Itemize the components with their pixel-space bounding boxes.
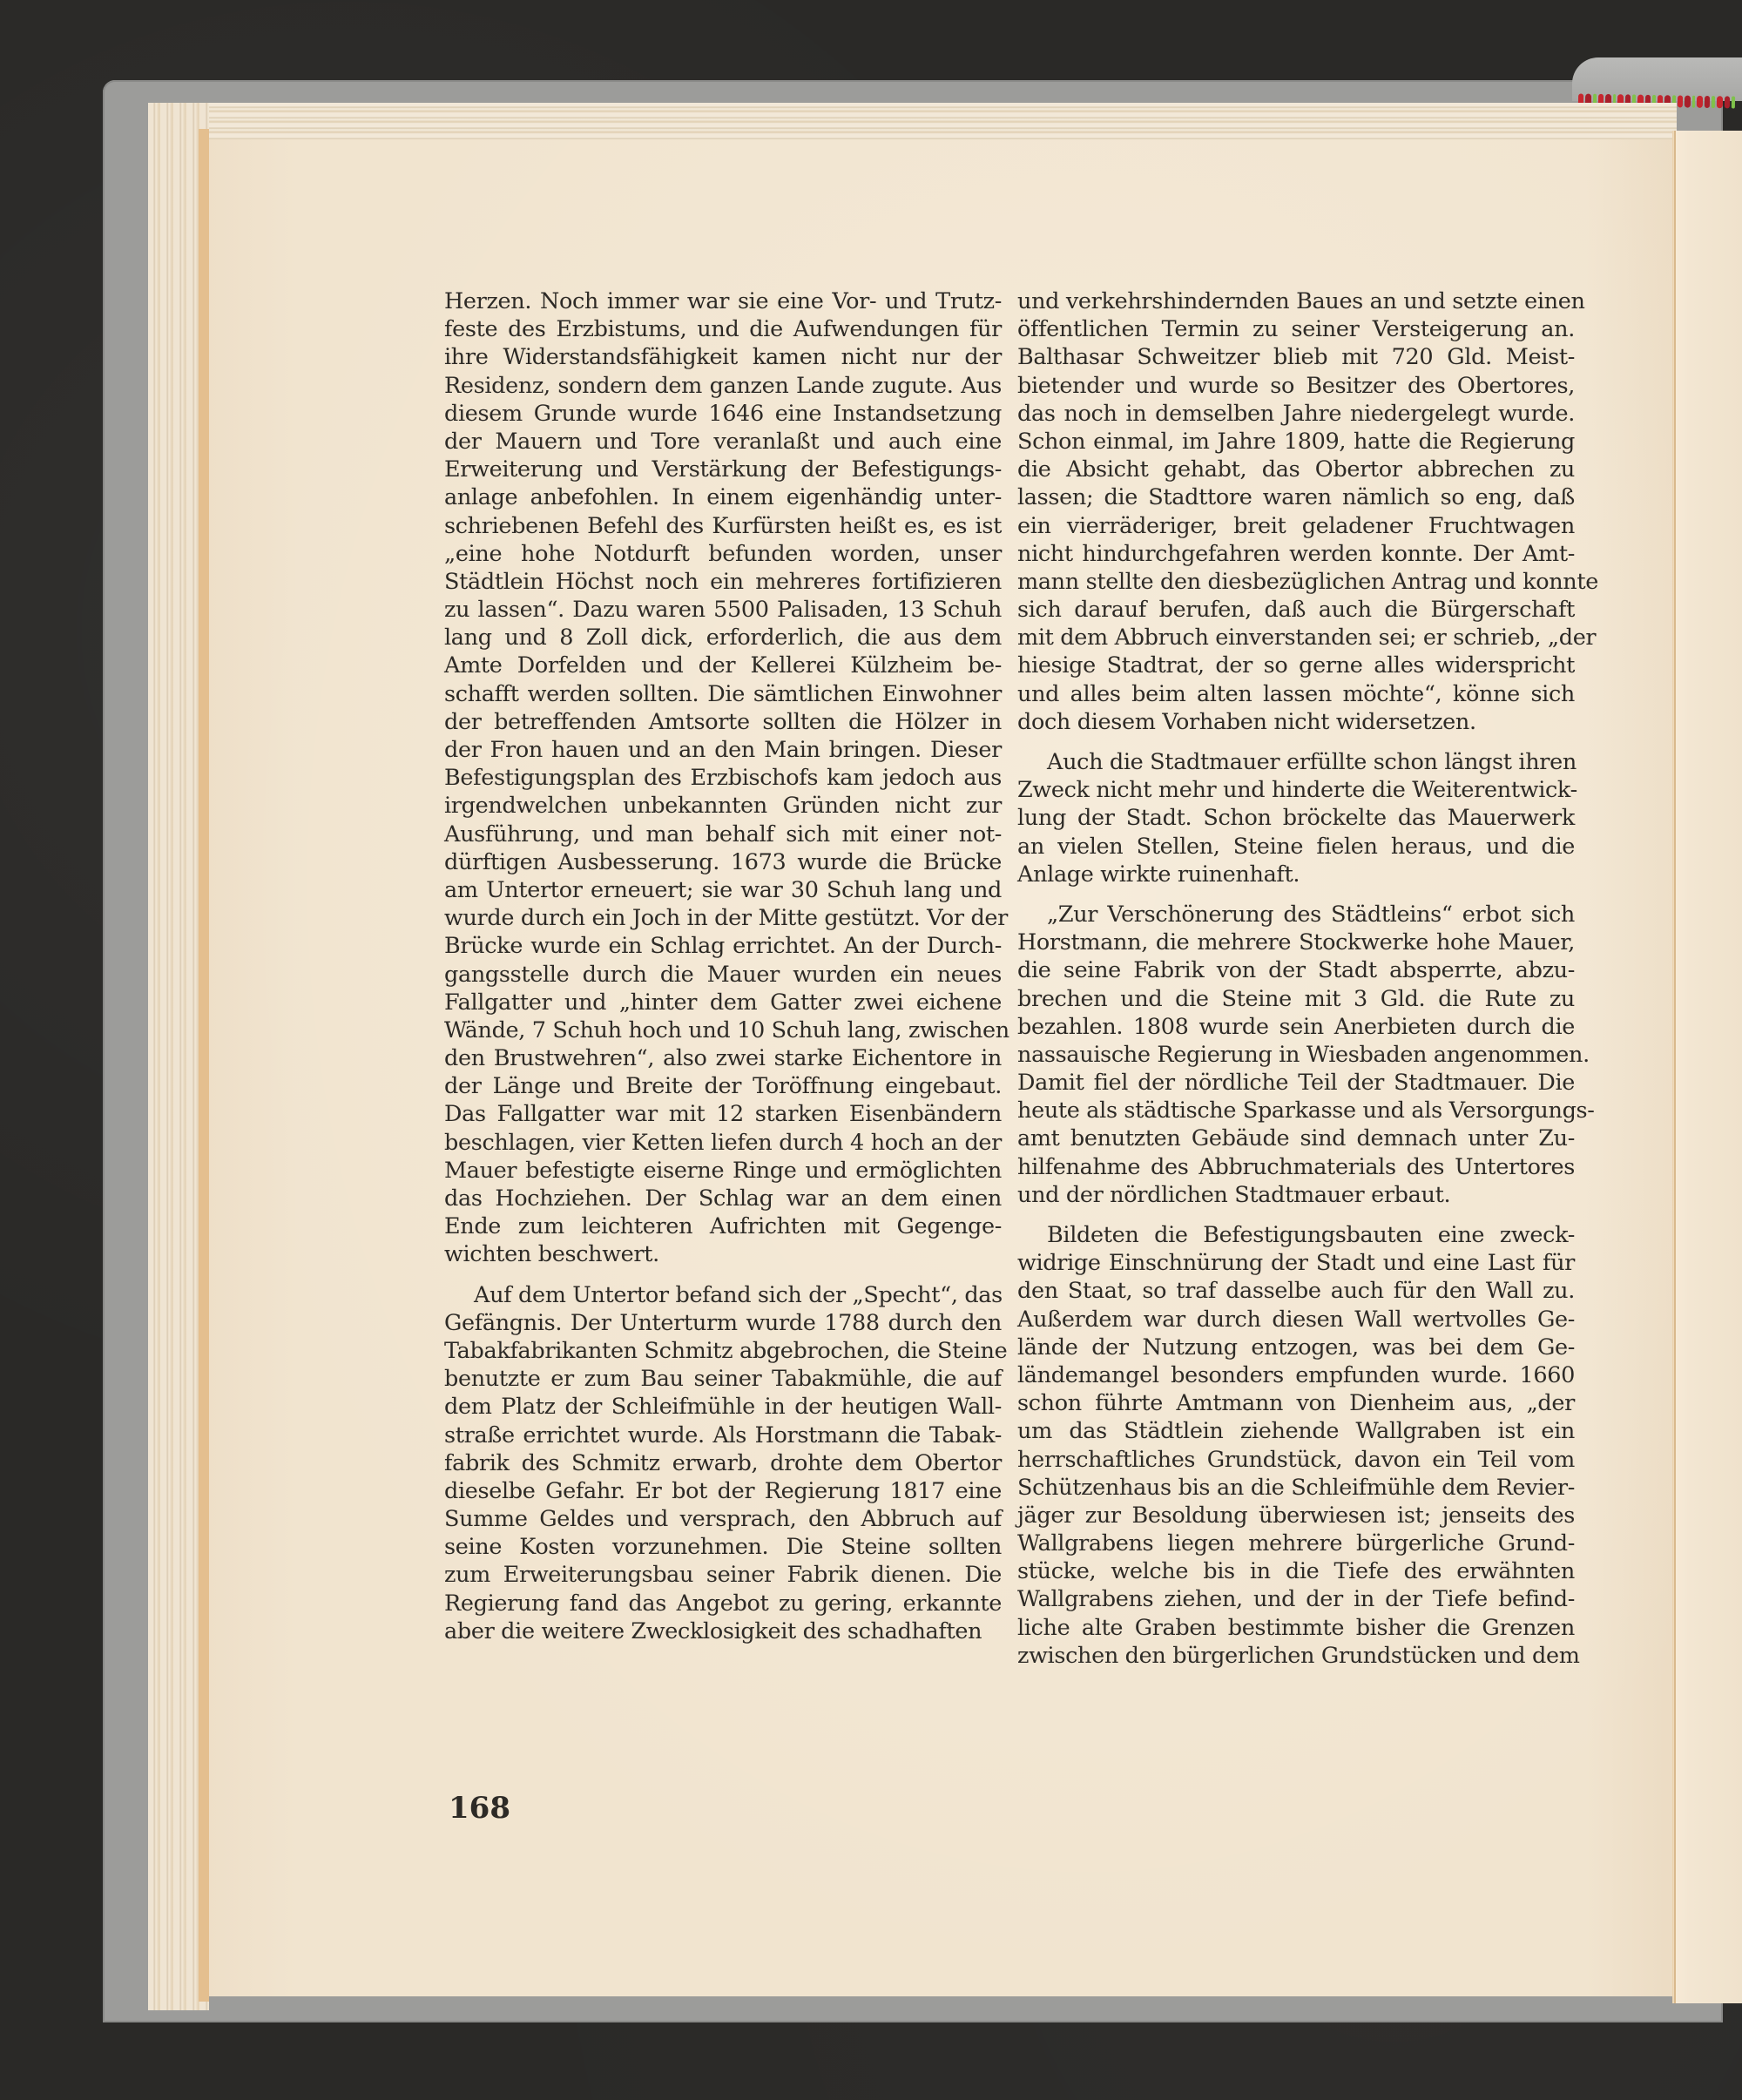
facing-page-gutter: [1672, 131, 1742, 2003]
text-line: Mauer befestigte eiserne Ringe und ermög…: [444, 1157, 1002, 1185]
text-line: hilfenahme des Abbruchmaterials des Unte…: [1017, 1153, 1575, 1181]
text-line: und alles beim alten lassen möchte“, kön…: [1017, 680, 1575, 708]
text-line: Fallgatter und „hinter dem Gatter zwei e…: [444, 989, 1002, 1016]
paragraph-gap: [1017, 736, 1575, 748]
text-line: öffentlichen Termin zu seiner Versteiger…: [1017, 315, 1575, 343]
text-line: Gefängnis. Der Unterturm wurde 1788 durc…: [444, 1309, 1002, 1337]
text-line: an vielen Stellen, Steine fielen heraus,…: [1017, 833, 1575, 861]
text-line: lung der Stadt. Schon bröckelte das Maue…: [1017, 804, 1575, 832]
text-line: jäger zur Besoldung überwiesen ist; jens…: [1017, 1502, 1575, 1529]
paragraph-gap: [1017, 1209, 1575, 1221]
paragraph: „Zur Verschönerung des Städtleins“ erbot…: [1017, 901, 1575, 1209]
text-line: ein vierräderiger, breit geladener Fruch…: [1017, 512, 1575, 540]
text-line: Wände, 7 Schuh hoch und 10 Schuh lang, z…: [444, 1016, 1002, 1044]
text-line: den Staat, so traf dasselbe auch für den…: [1017, 1277, 1575, 1305]
text-line: Wallgrabens ziehen, und der in der Tiefe…: [1017, 1585, 1575, 1613]
paragraph: Auf dem Untertor befand sich der „Specht…: [444, 1281, 1002, 1645]
text-line: zwischen den bürgerlichen Grundstücken u…: [1017, 1642, 1575, 1670]
gutter-fold: [1674, 131, 1676, 2003]
headband-bead: [1685, 96, 1691, 108]
text-line: ihre Widerstandsfähigkeit kamen nicht nu…: [444, 343, 1002, 371]
text-line: den Brustwehren“, also zwei starke Eiche…: [444, 1044, 1002, 1072]
page-edges-top: [152, 103, 1677, 141]
headband-bead: [1717, 96, 1723, 108]
text-line: Residenz, sondern dem ganzen Lande zugut…: [444, 372, 1002, 400]
text-line: straße errichtet wurde. Als Horstmann di…: [444, 1421, 1002, 1449]
text-line: nicht hindurchgefahren werden konnte. De…: [1017, 540, 1575, 568]
text-line: herrschaftliches Grundstück, davon ein T…: [1017, 1446, 1575, 1474]
headband-bead: [1678, 95, 1684, 107]
text-line: seine Kosten vorzunehmen. Die Steine sol…: [444, 1533, 1002, 1561]
text-line: Brücke wurde ein Schlag errichtet. An de…: [444, 932, 1002, 960]
text-line: benutzte er zum Bau seiner Tabakmühle, d…: [444, 1365, 1002, 1393]
text-line: lang und 8 Zoll dick, erforderlich, die …: [444, 624, 1002, 652]
text-line: Herzen. Noch immer war sie eine Vor- und…: [444, 287, 1002, 315]
text-line: Amte Dorfelden und der Kellerei Külzheim…: [444, 652, 1002, 679]
text-line: schafft werden sollten. Die sämtlichen E…: [444, 680, 1002, 708]
headband-bead: [1691, 96, 1695, 108]
text-line: am Untertor erneuert; sie war 30 Schuh l…: [444, 876, 1002, 904]
paragraph-gap: [444, 1269, 1002, 1281]
text-line: ländemangel besonders empfunden wurde. 1…: [1017, 1361, 1575, 1389]
right-text-column: und verkehrshindernden Baues an und setz…: [1017, 287, 1575, 1670]
left-text-column: Herzen. Noch immer war sie eine Vor- und…: [444, 287, 1002, 1645]
text-line: mann stellte den diesbezüglichen Antrag …: [1017, 568, 1575, 596]
text-line: Auch die Stadtmauer erfüllte schon längs…: [1017, 748, 1575, 776]
text-line: fabrik des Schmitz erwarb, drohte dem Ob…: [444, 1449, 1002, 1477]
text-line: der betreffenden Amtsorte sollten die Hö…: [444, 708, 1002, 736]
paragraph: und verkehrshindernden Baues an und setz…: [1017, 287, 1575, 736]
text-line: zum Erweiterungsbau seiner Fabrik dienen…: [444, 1561, 1002, 1589]
text-line: widrige Einschnürung der Stadt und eine …: [1017, 1249, 1575, 1277]
text-line: doch diesem Vorhaben nicht widersetzen.: [1017, 708, 1575, 736]
page-edge-tan-strip: [199, 129, 209, 2002]
text-line: Außerdem war durch diesen Wall wertvolle…: [1017, 1306, 1575, 1334]
text-line: und verkehrshindernden Baues an und setz…: [1017, 287, 1575, 315]
text-line: hiesige Stadtrat, der so gerne alles wid…: [1017, 652, 1575, 679]
text-line: Städtlein Höchst noch ein mehreres forti…: [444, 568, 1002, 596]
paragraph: Herzen. Noch immer war sie eine Vor- und…: [444, 287, 1002, 1269]
paragraph: Auch die Stadtmauer erfüllte schon längs…: [1017, 748, 1575, 888]
text-line: wichten beschwert.: [444, 1240, 1002, 1268]
text-line: bezahlen. 1808 wurde sein Anerbieten dur…: [1017, 1013, 1575, 1041]
text-line: „eine hohe Notdurft befunden worden, uns…: [444, 540, 1002, 568]
text-line: amt benutzten Gebäude sind demnach unter…: [1017, 1124, 1575, 1152]
text-line: mit dem Abbruch einverstanden sei; er sc…: [1017, 624, 1575, 652]
headband-bead: [1705, 96, 1711, 108]
text-line: gangsstelle durch die Mauer wurden ein n…: [444, 961, 1002, 989]
text-line: nassauische Regierung in Wiesbaden angen…: [1017, 1041, 1575, 1069]
text-line: schriebenen Befehl des Kurfürsten heißt …: [444, 512, 1002, 540]
text-line: bietender und wurde so Besitzer des Ober…: [1017, 372, 1575, 400]
headband-bead: [1712, 96, 1715, 108]
text-line: dieselbe Gefahr. Er bot der Regierung 18…: [444, 1477, 1002, 1505]
text-line: dem Platz der Schleifmühle in der heutig…: [444, 1393, 1002, 1421]
text-line: das noch in demselben Jahre niedergelegt…: [1017, 400, 1575, 428]
text-line: lände der Nutzung entzogen, was bei dem …: [1017, 1334, 1575, 1361]
text-line: brechen und die Steine mit 3 Gld. die Ru…: [1017, 985, 1575, 1013]
text-line: heute als städtische Sparkasse und als V…: [1017, 1097, 1575, 1124]
text-line: sich darauf berufen, daß auch die Bürger…: [1017, 596, 1575, 624]
text-line: Schon einmal, im Jahre 1809, hatte die R…: [1017, 428, 1575, 456]
text-line: zu lassen“. Dazu waren 5500 Palisaden, 1…: [444, 596, 1002, 624]
page-edges-left: [148, 103, 209, 2010]
headband-bead: [1724, 96, 1730, 108]
text-line: aber die weitere Zwecklosigkeit des scha…: [444, 1617, 1002, 1645]
text-line: die seine Fabrik von der Stadt absperrte…: [1017, 956, 1575, 984]
text-line: und der nördlichen Stadtmauer erbaut.: [1017, 1181, 1575, 1209]
text-line: um das Städtlein ziehende Wallgraben ist…: [1017, 1417, 1575, 1445]
text-line: diesem Grunde wurde 1646 eine Instandset…: [444, 400, 1002, 428]
text-line: Das Fallgatter war mit 12 starken Eisenb…: [444, 1100, 1002, 1128]
text-line: stücke, welche bis in die Tiefe des erwä…: [1017, 1557, 1575, 1585]
headband-bead: [1732, 97, 1735, 109]
text-line: lassen; die Stadttore waren nämlich so e…: [1017, 483, 1575, 511]
text-line: Wallgrabens liegen mehrere bürgerliche G…: [1017, 1529, 1575, 1557]
text-line: Balthasar Schweitzer blieb mit 720 Gld. …: [1017, 343, 1575, 371]
text-line: der Länge und Breite der Toröffnung eing…: [444, 1072, 1002, 1100]
text-line: Damit fiel der nördliche Teil der Stadtm…: [1017, 1069, 1575, 1097]
text-line: die Absicht gehabt, das Obertor abbreche…: [1017, 456, 1575, 483]
headband-bead: [1697, 96, 1703, 108]
text-line: der Fron hauen und an den Main bringen. …: [444, 736, 1002, 764]
text-line: Befestigungsplan des Erzbischofs kam jed…: [444, 764, 1002, 792]
text-line: schon führte Amtmann von Dienheim aus, „…: [1017, 1389, 1575, 1417]
page-number: 168: [449, 1791, 510, 1826]
text-line: das Hochziehen. Der Schlag war an dem ei…: [444, 1185, 1002, 1212]
text-line: Horstmann, die mehrere Stockwerke hohe M…: [1017, 928, 1575, 956]
text-line: Auf dem Untertor befand sich der „Specht…: [444, 1281, 1002, 1309]
text-line: wurde durch ein Joch in der Mitte gestüt…: [444, 904, 1002, 932]
text-line: dürftigen Ausbesserung. 1673 wurde die B…: [444, 848, 1002, 876]
paragraph: Bildeten die Befestigungsbauten eine zwe…: [1017, 1221, 1575, 1670]
text-line: Bildeten die Befestigungsbauten eine zwe…: [1017, 1221, 1575, 1249]
text-line: beschlagen, vier Ketten liefen durch 4 h…: [444, 1129, 1002, 1157]
text-line: liche alte Graben bestimmte bisher die G…: [1017, 1614, 1575, 1642]
text-line: Schützenhaus bis an die Schleifmühle dem…: [1017, 1474, 1575, 1502]
text-line: Erweiterung und Verstärkung der Befestig…: [444, 456, 1002, 483]
text-line: Summe Geldes und versprach, den Abbruch …: [444, 1505, 1002, 1533]
text-line: anlage anbefohlen. In einem eigenhändig …: [444, 483, 1002, 511]
text-line: der Mauern und Tore veranlaßt und auch e…: [444, 428, 1002, 456]
text-line: Regierung fand das Angebot zu gering, er…: [444, 1590, 1002, 1617]
paragraph-gap: [1017, 888, 1575, 901]
text-line: „Zur Verschönerung des Städtleins“ erbot…: [1017, 901, 1575, 928]
text-line: irgendwelchen unbekannten Gründen nicht …: [444, 792, 1002, 820]
text-line: Anlage wirkte ruinenhaft.: [1017, 861, 1575, 888]
text-line: Zweck nicht mehr und hinderte die Weiter…: [1017, 776, 1575, 804]
text-line: feste des Erzbistums, und die Aufwendung…: [444, 315, 1002, 343]
text-line: Ausführung, und man behalf sich mit eine…: [444, 820, 1002, 848]
text-line: Tabakfabrikanten Schmitz abgebrochen, di…: [444, 1337, 1002, 1365]
text-line: Ende zum leichteren Aufrichten mit Gegen…: [444, 1212, 1002, 1240]
